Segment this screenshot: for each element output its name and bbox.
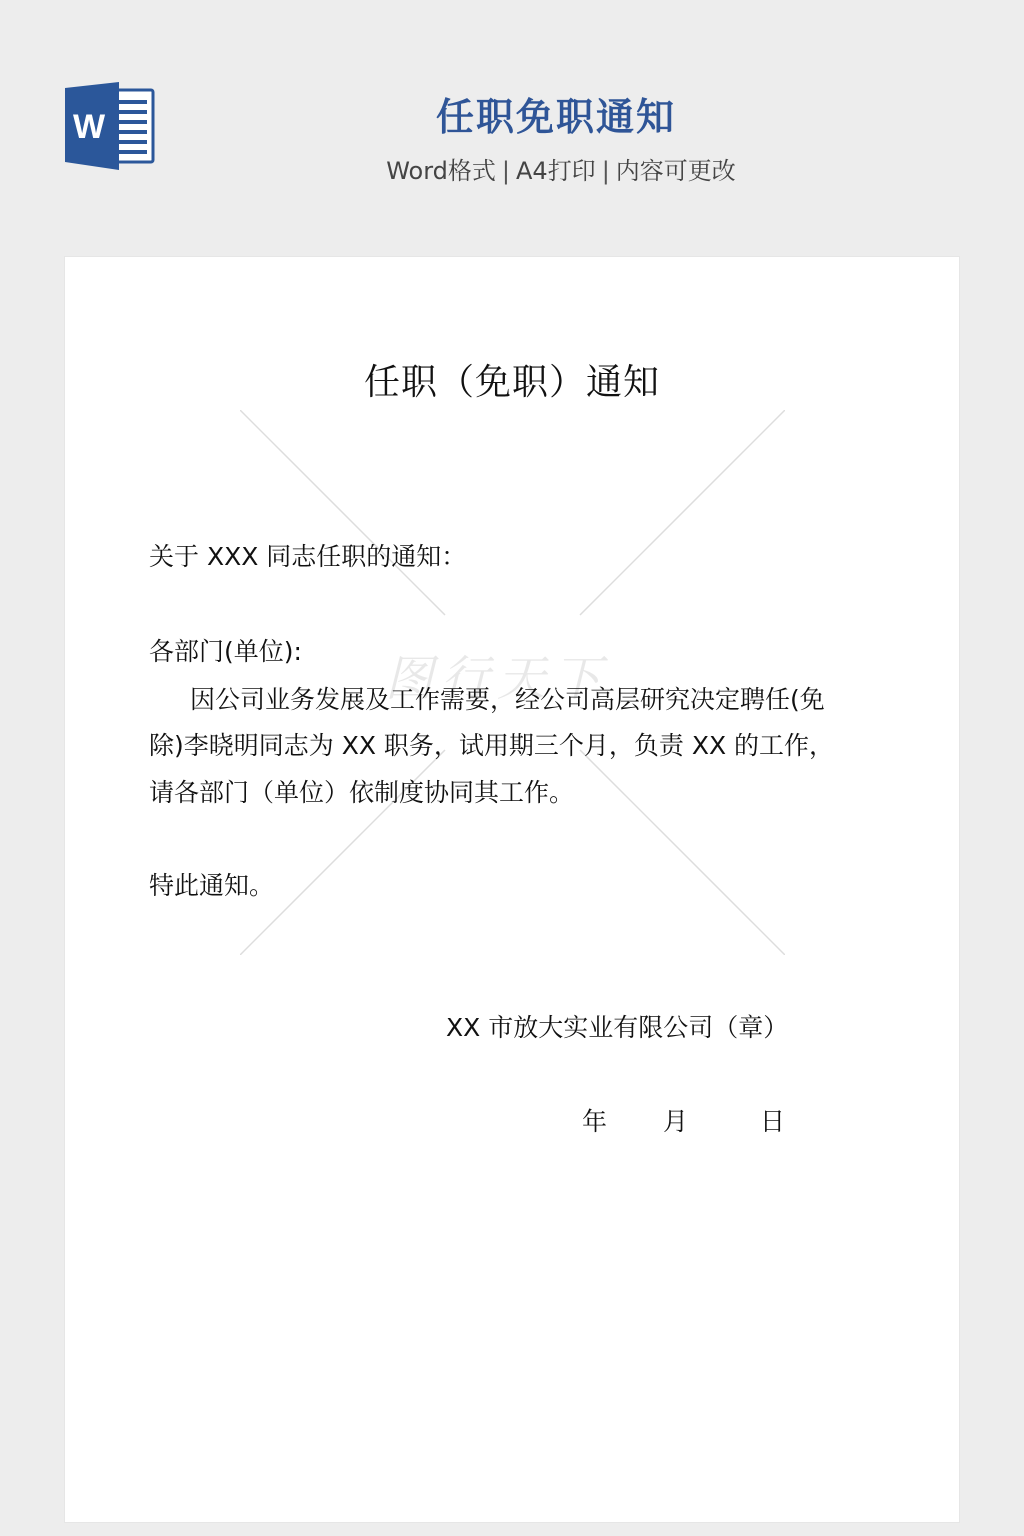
subtitle-format: Word格式	[386, 157, 496, 185]
date-year: 年	[582, 1105, 607, 1139]
document-signature: XX 市放大实业有限公司（章）	[446, 1011, 788, 1045]
subtitle-separator: |	[602, 153, 610, 189]
date-month: 月	[663, 1105, 688, 1139]
header-title: 任职免职通知	[0, 92, 1024, 142]
document-body-line: 请各部门（单位）依制度协同其工作。	[149, 776, 574, 810]
document-subject: 关于 XXX 同志任职的通知：	[149, 540, 466, 574]
subtitle-editable: 内容可更改	[616, 157, 736, 185]
subtitle-print: A4打印	[516, 157, 596, 185]
document-salutation: 各部门(单位):	[149, 635, 302, 669]
document-body-line: 除)李晓明同志为 XX 职务，试用期三个月，负责 XX 的工作，	[149, 729, 834, 763]
document-title: 任职（免职）通知	[0, 358, 1024, 408]
document-closing: 特此通知。	[149, 869, 274, 903]
header-subtitle: Word格式|A4打印|内容可更改	[0, 153, 1024, 189]
document-body-line: 因公司业务发展及工作需要，经公司高层研究决定聘任(免	[149, 683, 825, 717]
body-line-text: 因公司业务发展及工作需要，经公司高层研究决定聘任(免	[190, 685, 825, 714]
date-day: 日	[760, 1105, 785, 1139]
subtitle-separator: |	[502, 153, 510, 189]
